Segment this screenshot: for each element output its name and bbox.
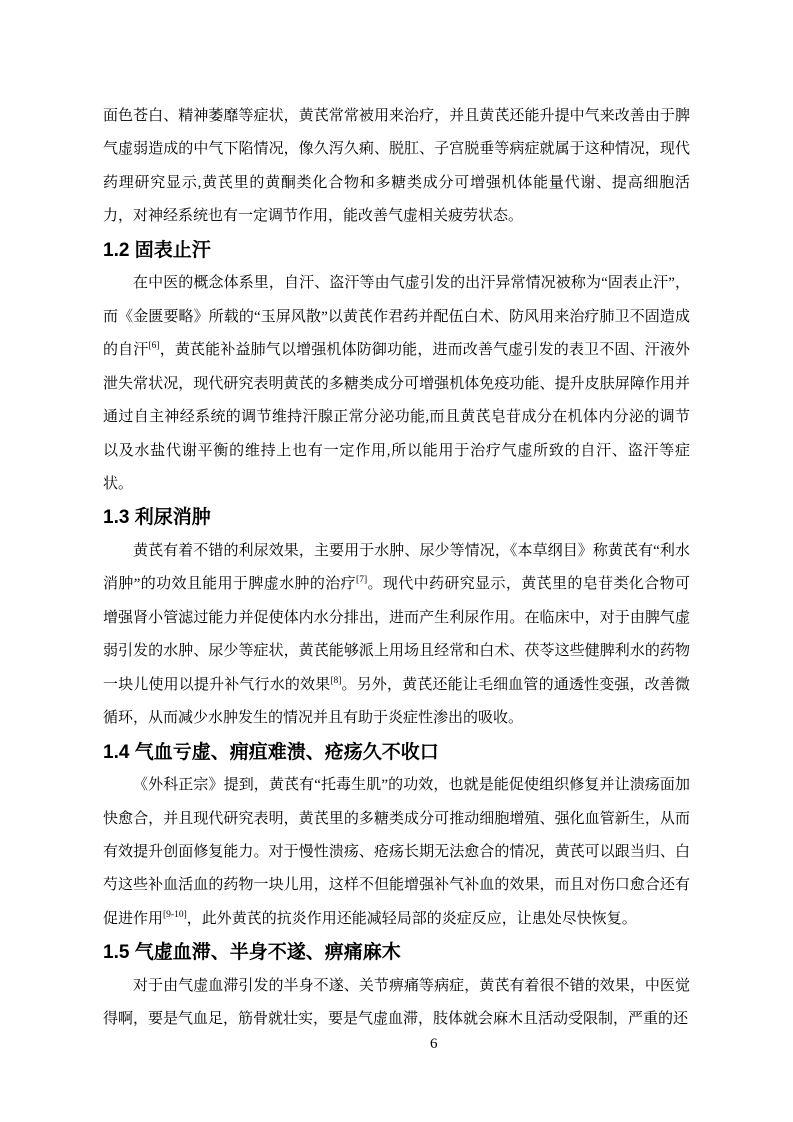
page-footer: 6 bbox=[0, 1036, 793, 1060]
body-paragraph: 面色苍白、精神萎靡等症状，黄芪常常被用来治疗，并且黄芪还能升提中气来改善由于脾气… bbox=[103, 100, 690, 234]
body-paragraph: 黄芪有着不错的利尿效果，主要用于水肿、尿少等情况，《本草纲目》称黄芪有“利水消肿… bbox=[103, 535, 690, 736]
section-heading: 1.4 气血亏虚、痈疽难溃、疮疡久不收口 bbox=[103, 736, 690, 769]
section-heading: 1.2 固表止汗 bbox=[103, 234, 690, 267]
page-number: 6 bbox=[430, 1036, 438, 1053]
body-paragraph: 在中医的概念体系里，自汗、盗汗等由气虚引发的出汗异常情况被称为“固表止汗”，而《… bbox=[103, 267, 690, 501]
citation-ref: [9-10] bbox=[163, 910, 187, 920]
citation-ref: [6] bbox=[148, 341, 159, 351]
section-heading: 1.5 气虚血滞、半身不遂、痹痛麻木 bbox=[103, 936, 690, 969]
document-body: 面色苍白、精神萎靡等症状，黄芪常常被用来治疗，并且黄芪还能升提中气来改善由于脾气… bbox=[103, 100, 690, 1037]
section-heading: 1.3 利尿消肿 bbox=[103, 501, 690, 534]
document-page: 面色苍白、精神萎靡等症状，黄芪常常被用来治疗，并且黄芪还能升提中气来改善由于脾气… bbox=[0, 0, 793, 1122]
citation-ref: [8] bbox=[330, 676, 341, 686]
body-paragraph: 对于由气虚血滞引发的半身不遂、关节痹痛等病症，黄芪有着很不错的效果，中医觉得啊，… bbox=[103, 970, 690, 1037]
body-paragraph: 《外科正宗》提到，黄芪有“托毒生肌”的功效，也就是能促使组织修复并让溃疡面加快愈… bbox=[103, 769, 690, 936]
citation-ref: [7] bbox=[356, 575, 367, 585]
